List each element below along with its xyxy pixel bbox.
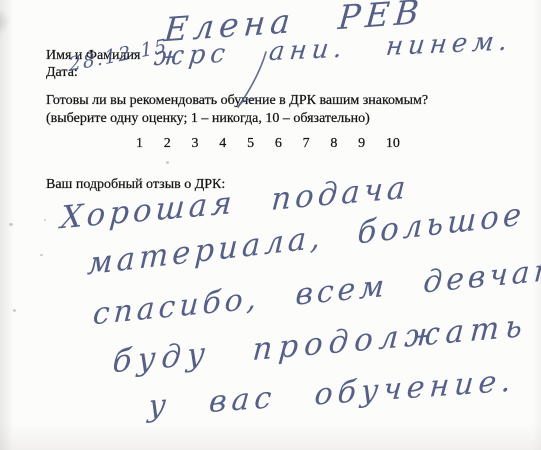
rating-number-7: 7 bbox=[303, 136, 310, 152]
scan-speck bbox=[44, 219, 46, 221]
scan-speck bbox=[40, 254, 43, 256]
rating-number-8: 8 bbox=[330, 136, 337, 152]
rating-number-9: 9 bbox=[358, 136, 365, 152]
rating-number-1: 1 bbox=[136, 136, 143, 152]
recommend-question: Готовы ли вы рекомендовать обучение в ДР… bbox=[46, 92, 428, 110]
rating-number-3: 3 bbox=[192, 136, 199, 152]
rating-number-5: 5 bbox=[247, 136, 254, 152]
rating-number-6: 6 bbox=[275, 136, 282, 152]
rating-number-4: 4 bbox=[219, 136, 226, 152]
scan-speck bbox=[13, 309, 16, 312]
scan-speck bbox=[166, 161, 169, 164]
scan-speck bbox=[9, 223, 13, 226]
scanned-feedback-form: Имя и Фамилия Дата: Готовы ли вы рекомен… bbox=[0, 0, 541, 450]
rating-number-10: 10 bbox=[386, 136, 400, 152]
rating-instruction: (выберите одну оценку; 1 – никогда, 10 –… bbox=[46, 110, 370, 128]
rating-number-2: 2 bbox=[164, 136, 171, 152]
handwritten-review-line: у вас обучение. bbox=[147, 363, 517, 424]
rating-scale-row: 1 2 3 4 5 6 7 8 9 10 bbox=[136, 136, 400, 152]
